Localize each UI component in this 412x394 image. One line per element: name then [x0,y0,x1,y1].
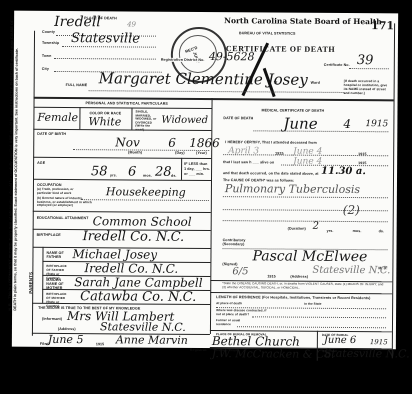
registrar-value: Anne Marvin [116,333,188,347]
informant-label: (Informant) [42,317,62,321]
dob-month: Nov [115,135,140,149]
full-name-label: FULL NAME [66,83,88,87]
ds-label: ds. [171,174,177,178]
certificate-no-label: Certificate No. [324,63,350,67]
township-label: Township [42,41,59,45]
duration-value: 2 [313,221,319,232]
education-value: Common School [93,214,192,229]
month-label: (Month) [128,150,142,154]
marital-label: SINGLE, MARRIED, WIDOWED, or DIVORCED (W… [135,111,159,132]
certificate-title: CERTIFICATE OF DEATH [226,44,335,54]
certify-text: I HEREBY CERTIFY, That I attended deceas… [225,140,317,145]
color-value: White [88,115,121,128]
last-saw-text: that I last saw h ___ alive on [223,160,274,164]
education-label: EDUCATIONAL ATTAINMENT [37,216,89,220]
undertaker-address-value: Statesville N.C. [324,347,410,361]
age-label: AGE [37,161,45,165]
certificate-no-value: 39 [357,53,374,68]
age-years: 58 [91,164,108,179]
duration-yrs-label: yrs. [327,229,334,233]
dod-year: 1915 [365,119,388,129]
cause-value: Pulmonary Tuberculosis [225,182,360,196]
age-days: 28 [155,165,172,180]
right-border [392,23,395,358]
contributory-label: Contributory (Secondary) [223,238,243,246]
dob-label: DATE OF BIRTH [37,132,66,136]
registrar-label: Registrar. [190,348,208,352]
burial-date-value: June 6 [324,335,356,346]
medical-section-title: MEDICAL CERTIFICATE OF DEATH [261,108,324,112]
duration-mos-label: mos. [353,229,362,233]
at-place-label: At place of death [216,301,242,305]
occupation-sub-a: (a) Trade, profession, or particular kin… [37,188,79,195]
birthplace-value: Iredell Co. N.C. [83,229,185,245]
cause-footnote: *State the DISEASE CAUSING DEATH, or, in… [222,282,387,291]
dob-year: 1866 [189,136,220,150]
signed-year: 1915 [267,274,275,278]
hospital-note: [If death occurred in a hospital or inst… [344,79,389,95]
birthplace-label: BIRTHPLACE [37,233,61,237]
township-value: Statesville [71,31,140,46]
if-less-label: IF LESS than 1 day, ___ hrs. or ___ min. [184,162,210,177]
death-certificate: N. B.—This is a PERMANENT RECORD. Every … [12,11,398,350]
physician-value: Pascal McElwee [252,248,367,265]
board-title: North Carolina State Board of Health [224,16,382,26]
signed-date: 6/5 [232,266,248,277]
occupation-value: Housekeeping [106,185,186,199]
filed-year: 1915 [96,342,104,346]
center-divider [210,98,213,334]
full-name-value: Margaret Clementine Josey [99,69,308,88]
duration-ds-label: ds. [379,229,385,233]
physician-address-label: (Address) [290,275,308,279]
town-label: Town [42,54,52,58]
margin-instructions: N. B.—This is a PERMANENT RECORD. Every … [8,11,20,311]
registration-district-label: Registration District No. [161,58,205,62]
parents-label: PARENTS [28,272,33,294]
age-months: 6 [128,164,136,179]
filed-date: June 5 [48,333,84,346]
residence-label: LENGTH OF RESIDENCE (For Hospitals, Inst… [216,295,370,300]
marital-value: Widowed [161,115,208,126]
personal-section-title: PERSONAL AND STATISTICAL PARTICULARS [86,101,168,106]
father-birthplace-value: Iredell Co. N.C. [84,261,178,276]
county-value: Iredell [54,14,101,30]
ward-label: Ward [311,81,320,85]
time-value: 11.30 a. [321,166,366,177]
dod-label: DATE OF DEATH [223,116,253,120]
day-label: (Day) [175,151,185,155]
father-name-label: NAME OF FATHER [46,251,64,259]
sex-value: Female [37,111,78,124]
mos-label: mos. [143,174,152,178]
in-state-label: In the State [304,302,321,306]
county-note: 49 [127,20,136,28]
st-label: St. [274,80,279,84]
mother-name-value: Sarah Jane Campbell [74,275,202,290]
page-number: 171 [371,19,394,32]
informant-address-label: (Address) [58,327,76,331]
dod-day: 4 [343,117,351,131]
informant-address-value: Statesville N.C. [100,320,186,334]
physician-address-value: Statesville N.C. [312,265,390,277]
yrs-label: yrs. [110,173,117,177]
year-label: (Year) [196,151,207,155]
burial-year: 1915 [370,338,388,346]
bureau-title: BUREAU OF VITAL STATISTICS [239,31,295,35]
duration-label: (Duration) [288,227,306,231]
dob-day: 6 [168,136,176,150]
undertaker-value: J.W. McCracken & Co. [212,347,335,361]
father-name-value: Michael Josey [72,247,157,262]
county-label: County [42,30,55,34]
city-label: City [42,67,49,71]
time-text: and that death occurred, on the date sta… [223,171,319,176]
